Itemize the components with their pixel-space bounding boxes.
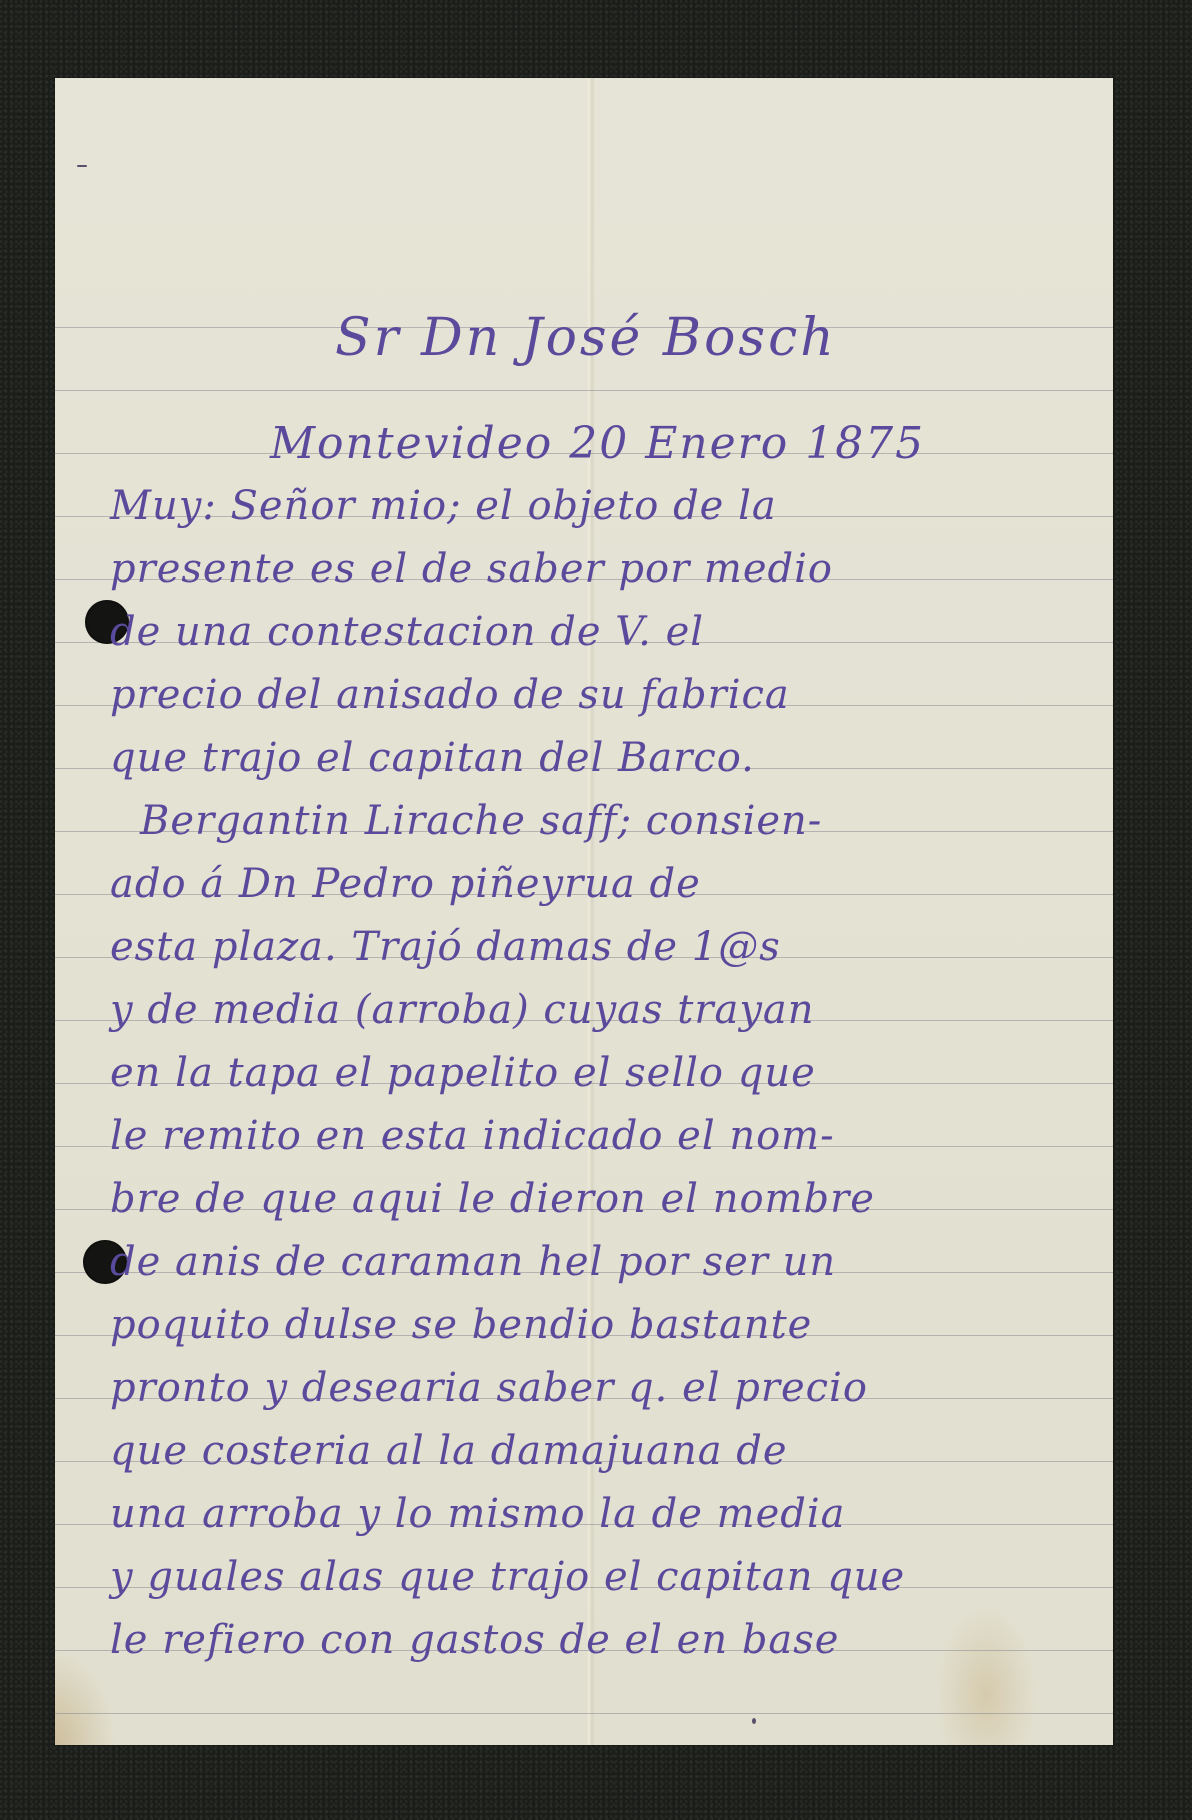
letter-line: de anis de caraman hel por ser un [110, 1239, 836, 1285]
letter-line: esta plaza. Trajó damas de 1@s [110, 924, 781, 970]
letter-line: presente es el de saber por medio [110, 546, 833, 592]
letter-line: bre de que aqui le dieron el nombre [110, 1176, 875, 1222]
ruled-line [55, 1713, 1113, 1714]
letter-sheet: Sr Dn José Bosch Montevideo 20 Enero 187… [55, 78, 1113, 1745]
ruled-line [55, 390, 1113, 391]
ink-speck [77, 165, 87, 167]
letter-line: que costeria al la damajuana de [110, 1428, 788, 1474]
letter-line: precio del anisado de su fabrica [110, 672, 790, 718]
letter-line: le remito en esta indicado el nom- [110, 1113, 835, 1159]
letter-line: y guales alas que trajo el capitan que [110, 1554, 905, 1600]
letter-line: y de media (arroba) cuyas trayan [110, 987, 815, 1033]
letter-line: ado á Dn Pedro piñeyrua de [110, 861, 701, 907]
letter-line: que trajo el capitan del Barco. [110, 735, 755, 781]
letter-line: poquito dulse se bendio bastante [110, 1302, 812, 1348]
letter-line: pronto y desearia saber q. el precio [110, 1365, 868, 1411]
letter-line: de una contestacion de V. el [110, 609, 704, 655]
ink-speck [752, 1718, 756, 1724]
salutation: Sr Dn José Bosch [335, 308, 837, 368]
letter-line: Bergantin Lirache saff; consien- [140, 798, 822, 844]
letter-line: una arroba y lo mismo la de media [110, 1491, 846, 1537]
dateline: Montevideo 20 Enero 1875 [270, 418, 925, 469]
letter-line: Muy: Señor mio; el objeto de la [110, 483, 777, 529]
letter-line: en la tapa el papelito el sello que [110, 1050, 816, 1096]
letter-line: le refiero con gastos de el en base [110, 1617, 839, 1663]
